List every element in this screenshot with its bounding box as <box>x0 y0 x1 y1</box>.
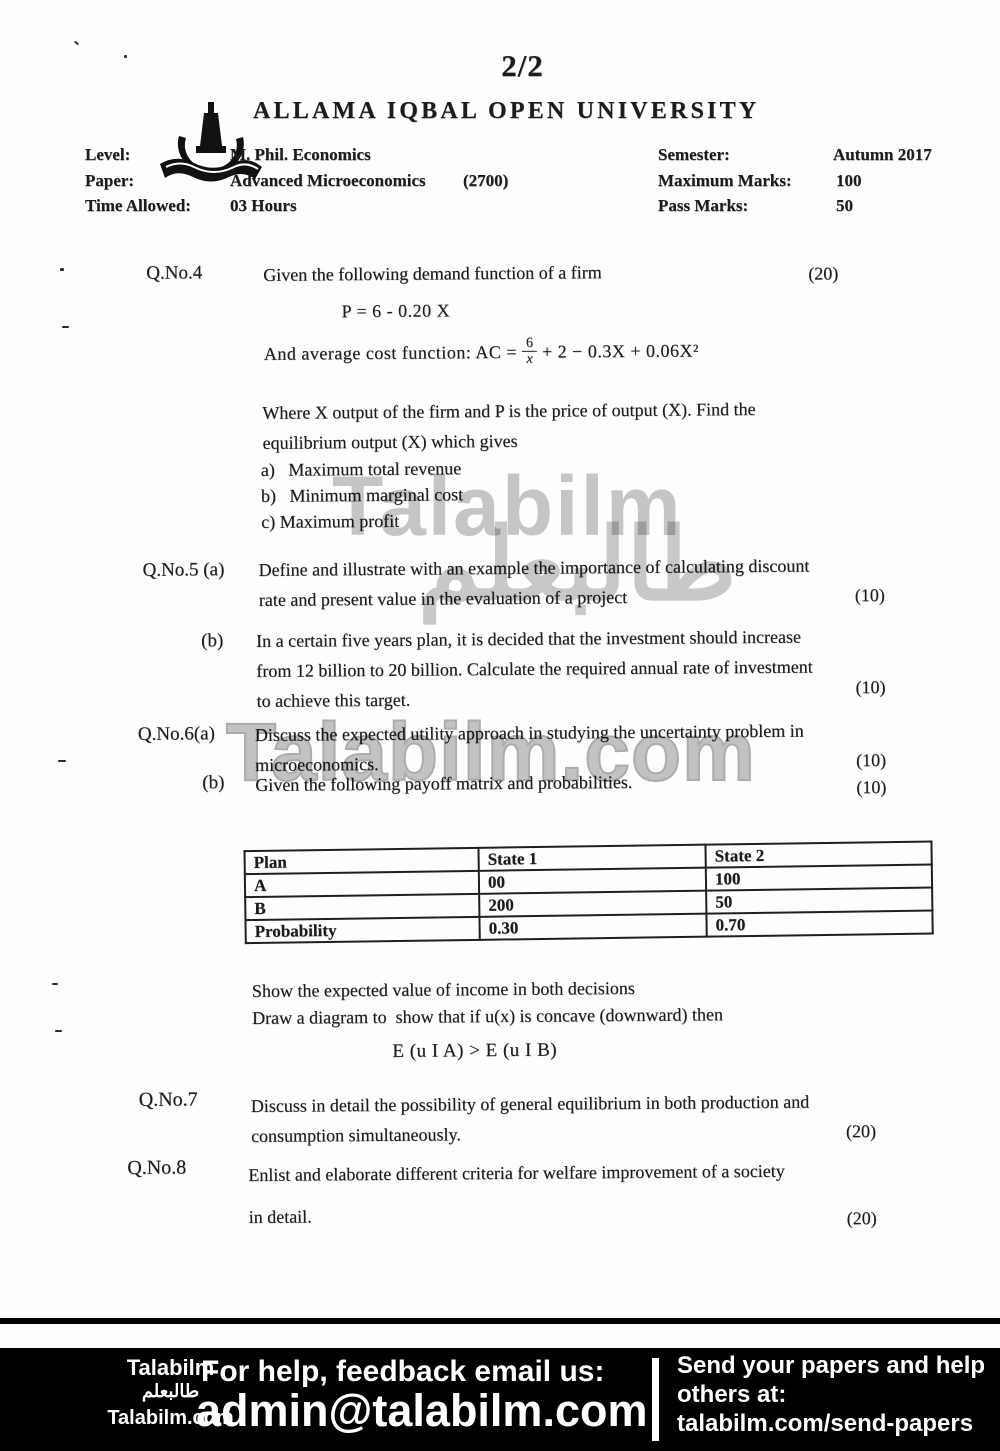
scan-artifact <box>58 760 66 762</box>
questions-section: Q.No.4 Given the following demand functi… <box>0 0 1000 1344</box>
q6b-label: (b) <box>202 772 224 794</box>
q4-label: Q.No.4 <box>146 262 202 284</box>
q4-option-b: b) Minimum marginal cost <box>261 481 463 509</box>
q6a-label: Q.No.6(a) <box>138 723 215 746</box>
q5b-label: (b) <box>201 630 223 652</box>
cell-prob-state2: 0.70 <box>706 911 932 937</box>
scan-artifact <box>124 55 127 58</box>
q8-text: Enlist and elaborate different criteria … <box>248 1154 958 1190</box>
expected-utility-inequality: E (u I A) > E (u I B) <box>392 1040 557 1063</box>
q5b-marks: (10) <box>855 677 885 698</box>
scan-artifact <box>52 983 58 985</box>
q4-marks: (20) <box>808 263 838 284</box>
cell-a-state2: 100 <box>706 865 932 891</box>
q4-ac-rest: + 2 − 0.3X + 0.06X² <box>542 340 699 362</box>
scan-artifact <box>60 268 64 271</box>
cell-b-state2: 50 <box>706 888 932 914</box>
q7-marks: (20) <box>846 1121 876 1142</box>
payoff-matrix-table: Plan State 1 State 2 A 00 100 B 200 50 P… <box>243 841 933 945</box>
fraction-numerator: 6 <box>522 336 537 352</box>
q5a-marks: (10) <box>855 585 885 606</box>
post-table-line2: Draw a diagram to show that if u(x) is c… <box>252 1001 723 1031</box>
q4-ac-prefix: And average cost function: AC = <box>264 341 517 364</box>
q4-options-list: a) Maximum total revenue b) Minimum marg… <box>261 455 464 535</box>
q4-option-c: c) Maximum profit <box>261 507 463 535</box>
footer-send-line1: Send your papers and help <box>677 1351 985 1380</box>
q8-marks: (20) <box>847 1208 877 1229</box>
scan-artifact <box>62 326 69 328</box>
cell-plan-b: B <box>245 894 479 920</box>
post-table-line1: Show the expected value of income in bot… <box>252 970 962 1006</box>
q5a-label: Q.No.5 (a) <box>142 559 224 582</box>
footer-send-block: Send your papers and help others at: tal… <box>677 1351 985 1438</box>
fraction-denominator: x <box>522 352 537 368</box>
cell-b-state1: 200 <box>479 891 706 917</box>
q6b-marks: (10) <box>856 777 886 798</box>
cell-plan-a: A <box>245 871 479 897</box>
q4-avg-cost-formula: And average cost function: AC = 6 x + 2 … <box>264 334 699 369</box>
cell-probability: Probability <box>245 917 479 943</box>
cell-prob-state1: 0.30 <box>479 914 706 940</box>
header-cell-plan: Plan <box>245 848 479 874</box>
footer-divider <box>652 1358 659 1441</box>
q7-label: Q.No.7 <box>139 1088 198 1111</box>
q4-option-a: a) Maximum total revenue <box>261 455 463 483</box>
cell-a-state1: 00 <box>479 868 706 894</box>
footer-top-rule <box>0 1318 1000 1324</box>
q4-demand-formula: P = 6 - 0.20 X <box>341 300 450 322</box>
footer-bar: Talabilm طالبعلم Talabilm.com For help, … <box>0 1348 1000 1451</box>
footer-help-text: For help, feedback email us: <box>201 1355 604 1389</box>
q5b-text: In a certain five years plan, it is deci… <box>256 620 967 716</box>
header-cell-state1: State 1 <box>478 845 705 871</box>
footer-send-line2: others at: <box>677 1380 985 1409</box>
q8-label: Q.No.8 <box>127 1156 186 1179</box>
header-cell-state2: State 2 <box>705 842 931 868</box>
q4-text: Given the following demand function of a… <box>263 254 973 290</box>
footer-send-link: talabilm.com/send-papers <box>677 1409 985 1438</box>
scan-artifact <box>55 1030 62 1032</box>
footer-email: admin@talabilm.com <box>196 1385 647 1437</box>
fraction: 6 x <box>522 336 537 368</box>
exam-paper-page: Talabilm طالبعلم Talabilm.com 2/2 ALLAMA… <box>0 0 1000 1451</box>
q4-text2: Where X output of the firm and P is the … <box>262 392 972 458</box>
